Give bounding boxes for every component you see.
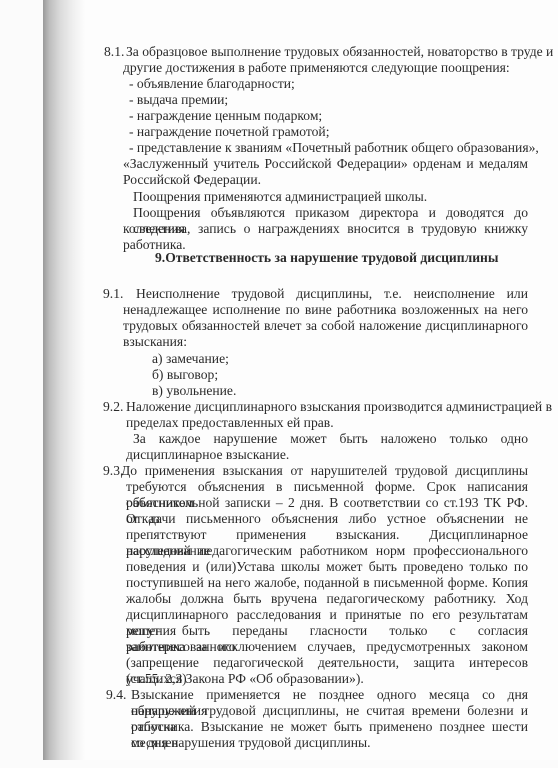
item-9-1-line: Неисполнение трудовой дисциплины, т.е. н… (136, 286, 528, 302)
item-9-3-line: До применения взыскания от нарушителей т… (121, 463, 528, 479)
reward-item: - объявление благодарности; (129, 76, 295, 92)
item-9-2-line: пределах предоставленных ей прав. (126, 415, 334, 431)
reward-item: - награждение ценным подарком; (129, 108, 322, 124)
item-8-1-line-2: другие достижения в работе применяются с… (123, 60, 510, 76)
rewards-applied-paragraph: Поощрения применяются администрацией шко… (133, 189, 427, 205)
reward-item: - представление к званиям «Почетный рабо… (129, 140, 539, 156)
item-9-1-line: трудовых обязанностей влечет за собой на… (123, 318, 528, 334)
item-9-3-line: нарушений педагогическим работником норм… (126, 543, 528, 559)
document-page: 8.1. За образцовое выполнение трудовых о… (0, 0, 558, 768)
reward-item: - награждение почетной грамотой; (129, 124, 329, 140)
item-9-3-line: от дачи письменного объяснения либо устн… (126, 511, 528, 527)
item-9-3-line: поведения и (или)Устава школы может быть… (126, 559, 528, 575)
item-number-9-4: 9.4. (106, 687, 126, 703)
section-9-heading: 9.Ответственность за нарушение трудовой … (155, 250, 499, 266)
item-number-8-1: 8.1. (104, 44, 124, 60)
rewards-announced-line: коллектива, запись о награждениях вносит… (123, 221, 528, 237)
item-9-4-line: со дня нарушения трудовой дисциплины. (131, 735, 371, 751)
item-9-3-line: поступившей на него жалобе, поданной в п… (126, 575, 528, 591)
item-9-3-line: (ст.55. 2,3 Закона РФ «Об образовании»). (126, 671, 364, 687)
item-8-1-line-1: За образцовое выполнение трудовых обязан… (126, 44, 553, 60)
item-9-1-line: взыскания: (123, 334, 187, 350)
penalty-item: б) выговор; (152, 367, 218, 383)
penalty-item: а) замечание; (152, 351, 229, 367)
reward-continuation-line: Российской Федерации. (123, 172, 261, 188)
item-9-2-line: дисциплинарное взыскание. (126, 447, 289, 463)
item-9-2-line: За каждое нарушение может быть наложено … (133, 431, 528, 447)
item-number-9-1: 9.1. (103, 286, 123, 302)
penalty-item: в) увольнение. (152, 383, 236, 399)
item-9-3-line: работника за исключением случаев, предус… (126, 639, 528, 655)
item-9-1-line: ненадлежащее исполнение по вине работник… (123, 302, 528, 318)
item-9-3-line: жалобы должна быть вручена педагогическо… (126, 591, 528, 607)
item-9-2-line: Наложение дисциплинарного взыскания прои… (126, 399, 552, 415)
item-number-9-2: 9.2. (103, 399, 123, 415)
reward-item: - выдача премии; (129, 92, 228, 108)
reward-continuation-line: «Заслуженный учитель Российской Федераци… (123, 156, 528, 172)
